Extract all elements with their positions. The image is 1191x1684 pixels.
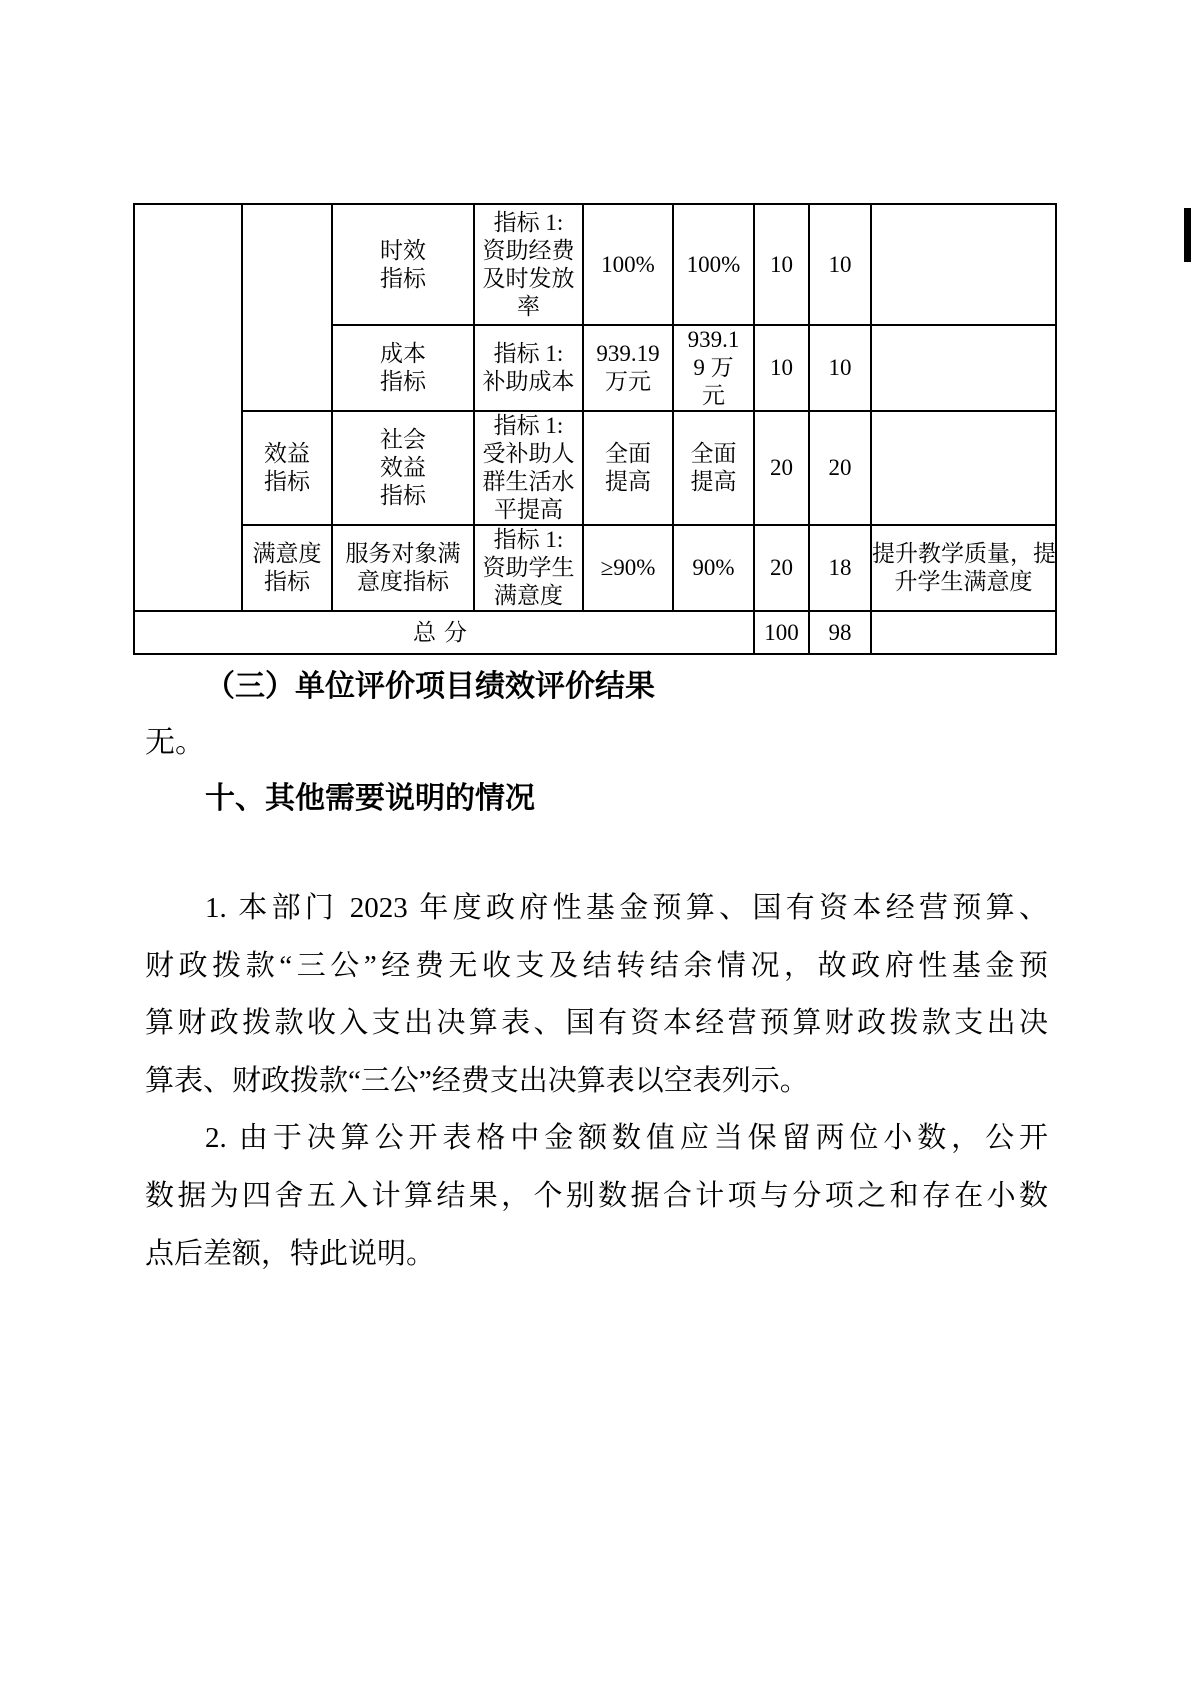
total-remark-cell (871, 611, 1056, 654)
benefit-points-cell: 20 (754, 411, 809, 525)
para1-line2: 财政拨款“三公”经费无收支及结转结余情况，故政府性基金预 (145, 938, 1048, 996)
cost-category-cell: 成本 指标 (332, 325, 474, 411)
notes-paragraphs: 1. 本部门 2023 年度政府性基金预算、国有资本经营预算、 财政拨款“三公”… (145, 880, 1048, 1283)
benefit-group-cell: 效益 指标 (242, 411, 332, 525)
cost-score-cell: 10 (809, 325, 871, 411)
timeliness-remark-cell (871, 204, 1056, 325)
cost-points-cell: 10 (754, 325, 809, 411)
timeliness-points-cell: 10 (754, 204, 809, 325)
benefit-actual-cell: 全面 提高 (673, 411, 754, 525)
timeliness-target-cell: 100% (583, 204, 673, 325)
satisfaction-indicator-cell: 指标 1: 资助学生 满意度 (474, 525, 583, 611)
performance-evaluation-table: 时效 指标 指标 1: 资助经费 及时发放 率 100% 100% 10 10 … (133, 203, 1057, 655)
benefit-target-cell: 全面 提高 (583, 411, 673, 525)
cost-target-cell: 939.19 万元 (583, 325, 673, 411)
benefit-remark-cell (871, 411, 1056, 525)
timeliness-category-cell: 时效 指标 (332, 204, 474, 325)
table-row-benefit: 效益 指标 社会 效益 指标 指标 1: 受补助人 群生活水 平提高 全面 提高… (134, 411, 1056, 525)
cost-indicator-cell: 指标 1: 补助成本 (474, 325, 583, 411)
document-page: 时效 指标 指标 1: 资助经费 及时发放 率 100% 100% 10 10 … (0, 0, 1191, 1684)
none-text: 无。 (145, 722, 1048, 764)
satisfaction-remark-cell: 提升教学质量，提 升学生满意度 (871, 525, 1056, 611)
para2-line3: 点后差额，特此说明。 (145, 1226, 1048, 1284)
timeliness-score-cell: 10 (809, 204, 871, 325)
table-row-timeliness: 时效 指标 指标 1: 资助经费 及时发放 率 100% 100% 10 10 (134, 204, 1056, 325)
benefit-category-cell: 社会 效益 指标 (332, 411, 474, 525)
cost-remark-cell (871, 325, 1056, 411)
timeliness-actual-cell: 100% (673, 204, 754, 325)
satisfaction-group-cell: 满意度 指标 (242, 525, 332, 611)
total-label-cell: 总分 (134, 611, 754, 654)
para1-line3: 算财政拨款收入支出决算表、国有资本经营预算财政拨款支出决 (145, 995, 1048, 1053)
satisfaction-target-cell: ≥90% (583, 525, 673, 611)
benefit-score-cell: 20 (809, 411, 871, 525)
satisfaction-score-cell: 18 (809, 525, 871, 611)
section-heading-unit-evaluation-result: （三）单位评价项目绩效评价结果 (145, 666, 1048, 708)
satisfaction-points-cell: 20 (754, 525, 809, 611)
timeliness-indicator-cell: 指标 1: 资助经费 及时发放 率 (474, 204, 583, 325)
total-score-cell: 98 (809, 611, 871, 654)
total-points-cell: 100 (754, 611, 809, 654)
page-edge-marker (1184, 208, 1191, 262)
para1-line4: 算表、财政拨款“三公”经费支出决算表以空表列示。 (145, 1053, 1048, 1111)
para1-line1: 1. 本部门 2023 年度政府性基金预算、国有资本经营预算、 (145, 880, 1048, 938)
table-row-satisfaction: 满意度 指标 服务对象满 意度指标 指标 1: 资助学生 满意度 ≥90% 90… (134, 525, 1056, 611)
satisfaction-actual-cell: 90% (673, 525, 754, 611)
benefit-indicator-cell: 指标 1: 受补助人 群生活水 平提高 (474, 411, 583, 525)
table-row-total: 总分 100 98 (134, 611, 1056, 654)
satisfaction-category-cell: 服务对象满 意度指标 (332, 525, 474, 611)
para2-line2: 数据为四舍五入计算结果，个别数据合计项与分项之和存在小数 (145, 1168, 1048, 1226)
section-heading-other-notes: 十、其他需要说明的情况 (145, 778, 1048, 820)
category-level2-merged-empty-cell (242, 204, 332, 411)
cost-actual-cell: 939.1 9 万 元 (673, 325, 754, 411)
para2-line1: 2. 由于决算公开表格中金额数值应当保留两位小数，公开 (145, 1110, 1048, 1168)
category-level1-empty-cell (134, 204, 242, 611)
